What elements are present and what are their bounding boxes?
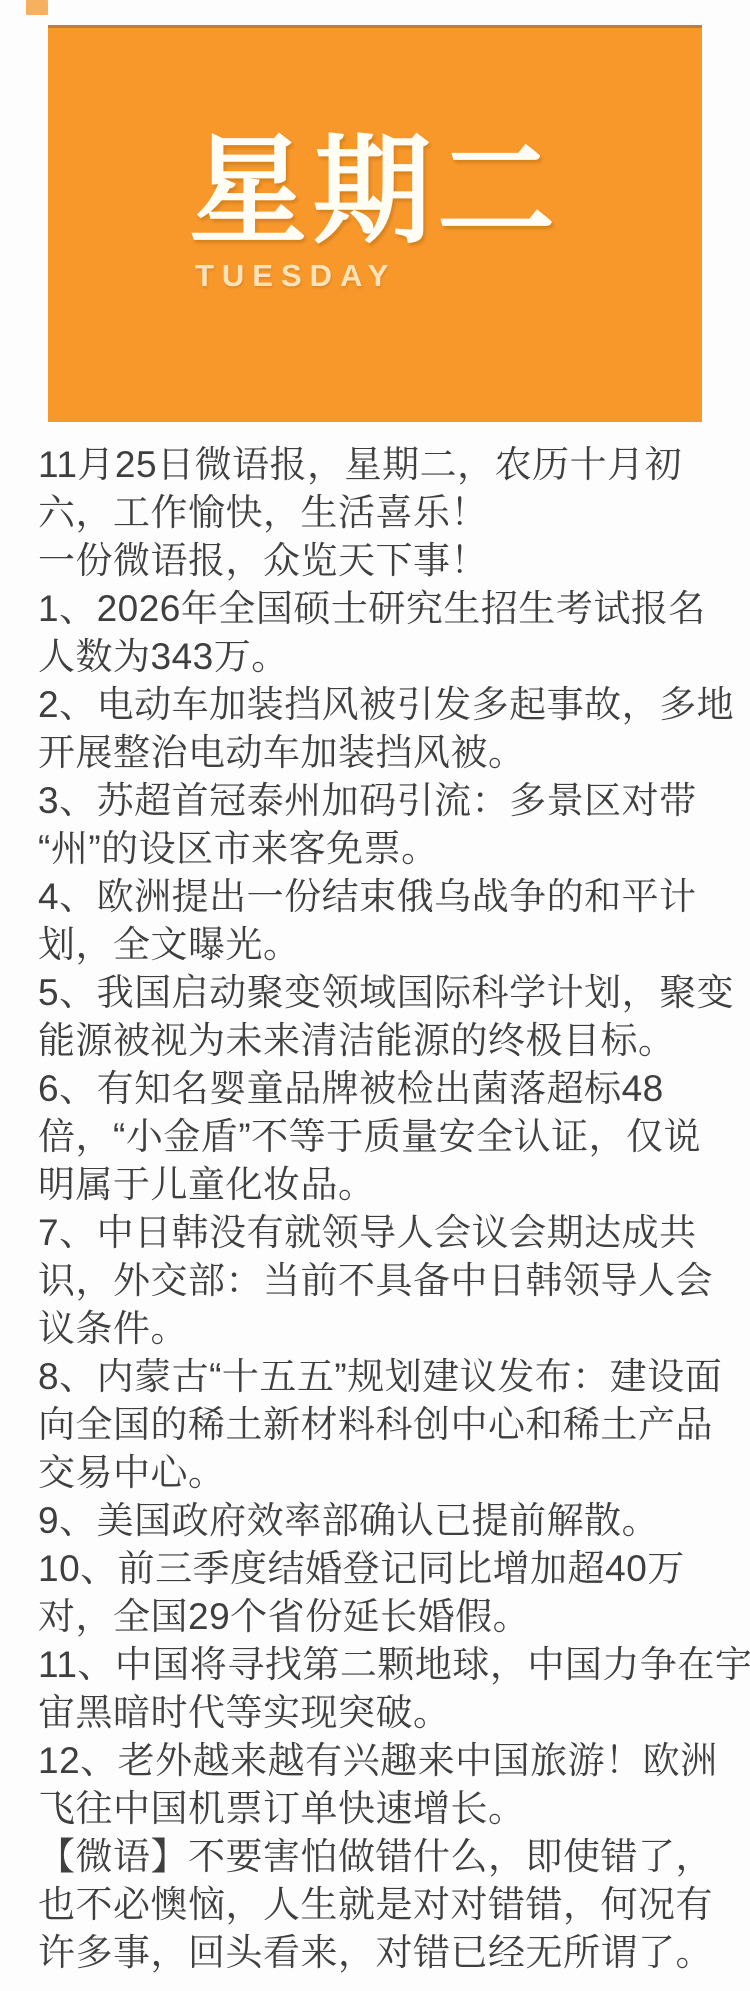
briefing-line-item-11: 宙黑暗时代等实现突破。 bbox=[38, 1689, 712, 1737]
weekday-title-english: TUESDAY bbox=[189, 260, 396, 291]
briefing-line-item-2: 开展整治电动车加装挡风被。 bbox=[38, 729, 712, 777]
briefing-line-item-6: 倍，“小金盾”不等于质量安全认证，仅说 bbox=[38, 1113, 712, 1161]
briefing-line-item-1: 人数为343万。 bbox=[38, 633, 712, 681]
weekday-title-chinese: 星期二 bbox=[189, 132, 561, 252]
briefing-line-item-4: 4、欧洲提出一份结束俄乌战争的和平计 bbox=[38, 873, 712, 921]
briefing-line-item-1: 1、2026年全国硕士研究生招生考试报名 bbox=[38, 585, 712, 633]
briefing-line-item-2: 2、电动车加装挡风被引发多起事故，多地 bbox=[38, 681, 712, 729]
briefing-line-item-12: 12、老外越来越有兴趣来中国旅游！欧洲 bbox=[38, 1737, 712, 1785]
weekday-banner-text-group: 星期二 TUESDAY bbox=[189, 132, 561, 291]
briefing-line-item-5: 5、我国启动聚变领域国际科学计划，聚变 bbox=[38, 969, 712, 1017]
briefing-line-item-6: 6、有知名婴童品牌被检出菌落超标48 bbox=[38, 1065, 712, 1113]
briefing-line-item-9: 9、美国政府效率部确认已提前解散。 bbox=[38, 1497, 712, 1545]
briefing-line-item-8: 向全国的稀土新材料科创中心和稀土产品 bbox=[38, 1401, 712, 1449]
briefing-line-item-7: 识，外交部：当前不具备中日韩领导人会 bbox=[38, 1257, 712, 1305]
briefing-line-item-4: 划，全文曝光。 bbox=[38, 921, 712, 969]
briefing-line-item-10: 对，全国29个省份延长婚假。 bbox=[38, 1593, 712, 1641]
briefing-line-item-3: “州”的设区市来客免票。 bbox=[38, 825, 712, 873]
briefing-line-item-7: 7、中日韩没有就领导人会议会期达成共 bbox=[38, 1209, 712, 1257]
daily-briefing-image: 星期二 TUESDAY 11月25日微语报，星期二，农历十月初六，工作愉快，生活… bbox=[0, 0, 750, 1991]
briefing-line-item-10: 10、前三季度结婚登记同比增加超40万 bbox=[38, 1545, 712, 1593]
briefing-line-slogan: 一份微语报，众览天下事！ bbox=[38, 537, 712, 585]
briefing-line-dateline: 11月25日微语报，星期二，农历十月初 bbox=[38, 441, 712, 489]
briefing-line-weiyu: 许多事，回头看来，对错已经无所谓了。 bbox=[38, 1929, 712, 1977]
briefing-line-item-8: 交易中心。 bbox=[38, 1449, 712, 1497]
briefing-line-item-11: 11、中国将寻找第二颗地球，中国力争在宇 bbox=[38, 1641, 712, 1689]
briefing-line-item-7: 议条件。 bbox=[38, 1305, 712, 1353]
briefing-line-item-6: 明属于儿童化妆品。 bbox=[38, 1161, 712, 1209]
briefing-text: 11月25日微语报，星期二，农历十月初六，工作愉快，生活喜乐！一份微语报，众览天… bbox=[0, 441, 750, 1977]
weekday-banner: 星期二 TUESDAY bbox=[48, 25, 702, 422]
briefing-line-item-12: 飞往中国机票订单快速增长。 bbox=[38, 1785, 712, 1833]
cropped-image-fragment bbox=[26, 0, 48, 15]
briefing-line-weiyu: 也不必懊恼，人生就是对对错错，何况有 bbox=[38, 1881, 712, 1929]
briefing-line-item-5: 能源被视为未来清洁能源的终极目标。 bbox=[38, 1017, 712, 1065]
briefing-line-item-8: 8、内蒙古“十五五”规划建议发布：建设面 bbox=[38, 1353, 712, 1401]
briefing-line-dateline: 六，工作愉快，生活喜乐！ bbox=[38, 489, 712, 537]
briefing-line-item-3: 3、苏超首冠泰州加码引流：多景区对带 bbox=[38, 777, 712, 825]
briefing-line-weiyu: 【微语】不要害怕做错什么，即使错了， bbox=[38, 1833, 712, 1881]
